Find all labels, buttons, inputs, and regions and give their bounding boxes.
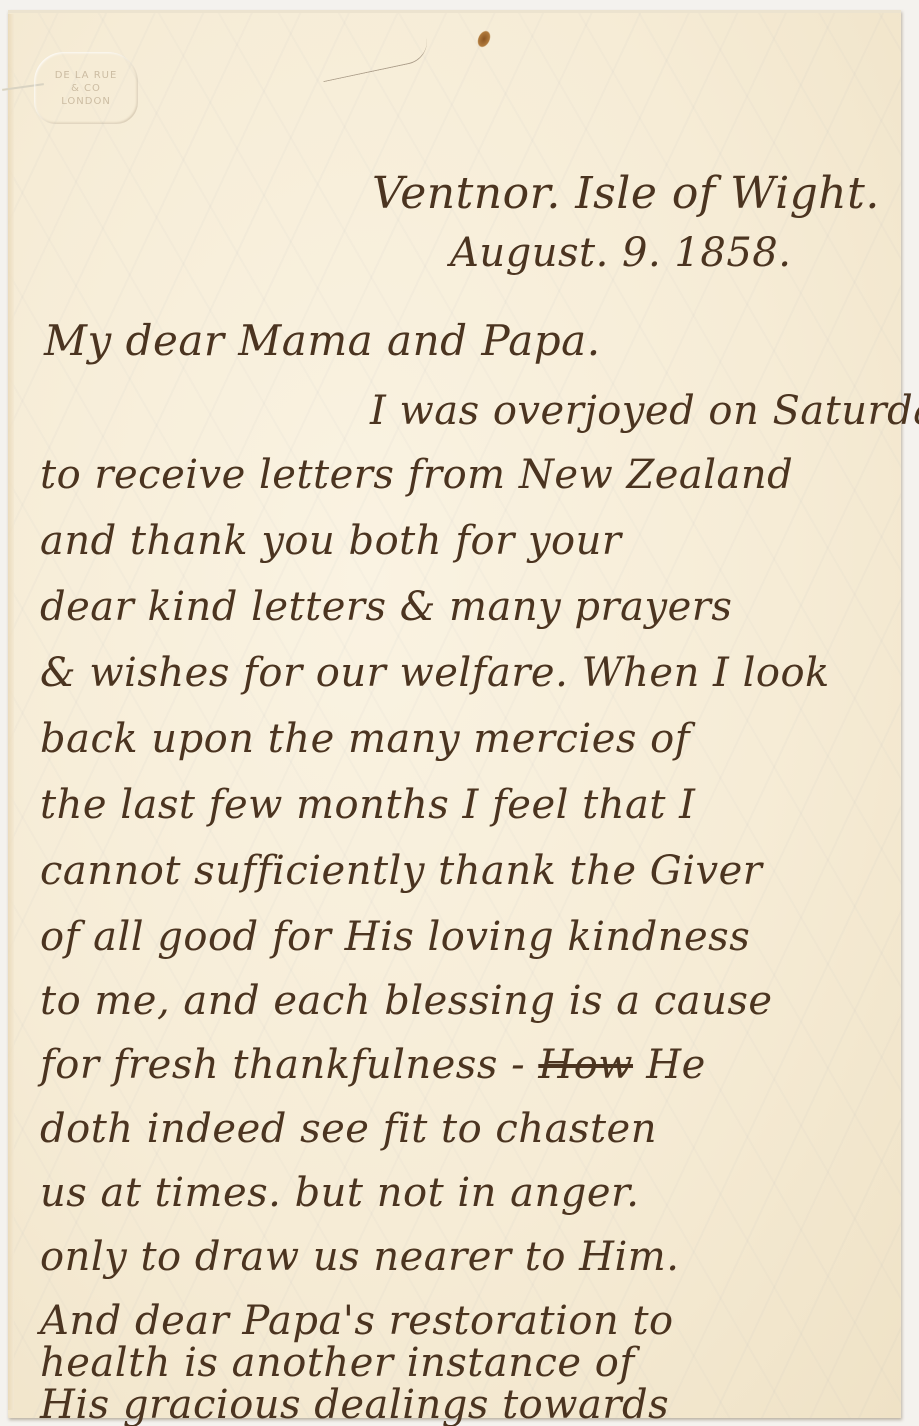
letter-line: only to draw us nearer to Him.: [40, 1234, 679, 1280]
letter-line: to me, and each blessing is a cause: [40, 978, 773, 1024]
letter-line: to receive letters from New Zealand: [40, 452, 793, 498]
letter-line: back upon the many mercies of: [40, 716, 690, 762]
letter-line: health is another instance of: [40, 1340, 635, 1386]
struck-word: How: [538, 1042, 633, 1088]
line-text: for fresh thankfulness -: [40, 1042, 525, 1088]
letter-line: of all good for His loving kindness: [40, 914, 750, 960]
letter-line: I was overjoyed on Saturday: [370, 388, 919, 434]
letter-line: and thank you both for your: [40, 518, 622, 564]
letter-line: And dear Papa's restoration to: [40, 1298, 674, 1344]
letter-line: for fresh thankfulness - How He: [40, 1042, 706, 1088]
letter-line: doth indeed see fit to chasten: [40, 1106, 657, 1152]
letter-line: us at times. but not in anger.: [40, 1170, 639, 1216]
stamp-line: DE LA RUE: [55, 69, 118, 82]
letter-line: dear kind letters & many prayers: [40, 584, 732, 630]
letter-place: Ventnor. Isle of Wight.: [372, 168, 880, 219]
letter-date: August. 9. 1858.: [450, 230, 791, 276]
stamp-line: & CO: [71, 82, 101, 95]
letter-line: His gracious dealings towards: [40, 1382, 669, 1426]
embossed-stationer-stamp: DE LA RUE & CO LONDON: [34, 52, 138, 124]
letter-line: the last few months I feel that I: [40, 782, 695, 828]
stamp-line: LONDON: [61, 95, 111, 108]
letter-line: & wishes for our welfare. When I look: [40, 650, 830, 696]
line-text-after: He: [646, 1042, 706, 1088]
letter-salutation: My dear Mama and Papa.: [44, 316, 601, 365]
letter-line: cannot sufficiently thank the Giver: [40, 848, 762, 894]
paper-fold-edge: [8, 14, 14, 1410]
